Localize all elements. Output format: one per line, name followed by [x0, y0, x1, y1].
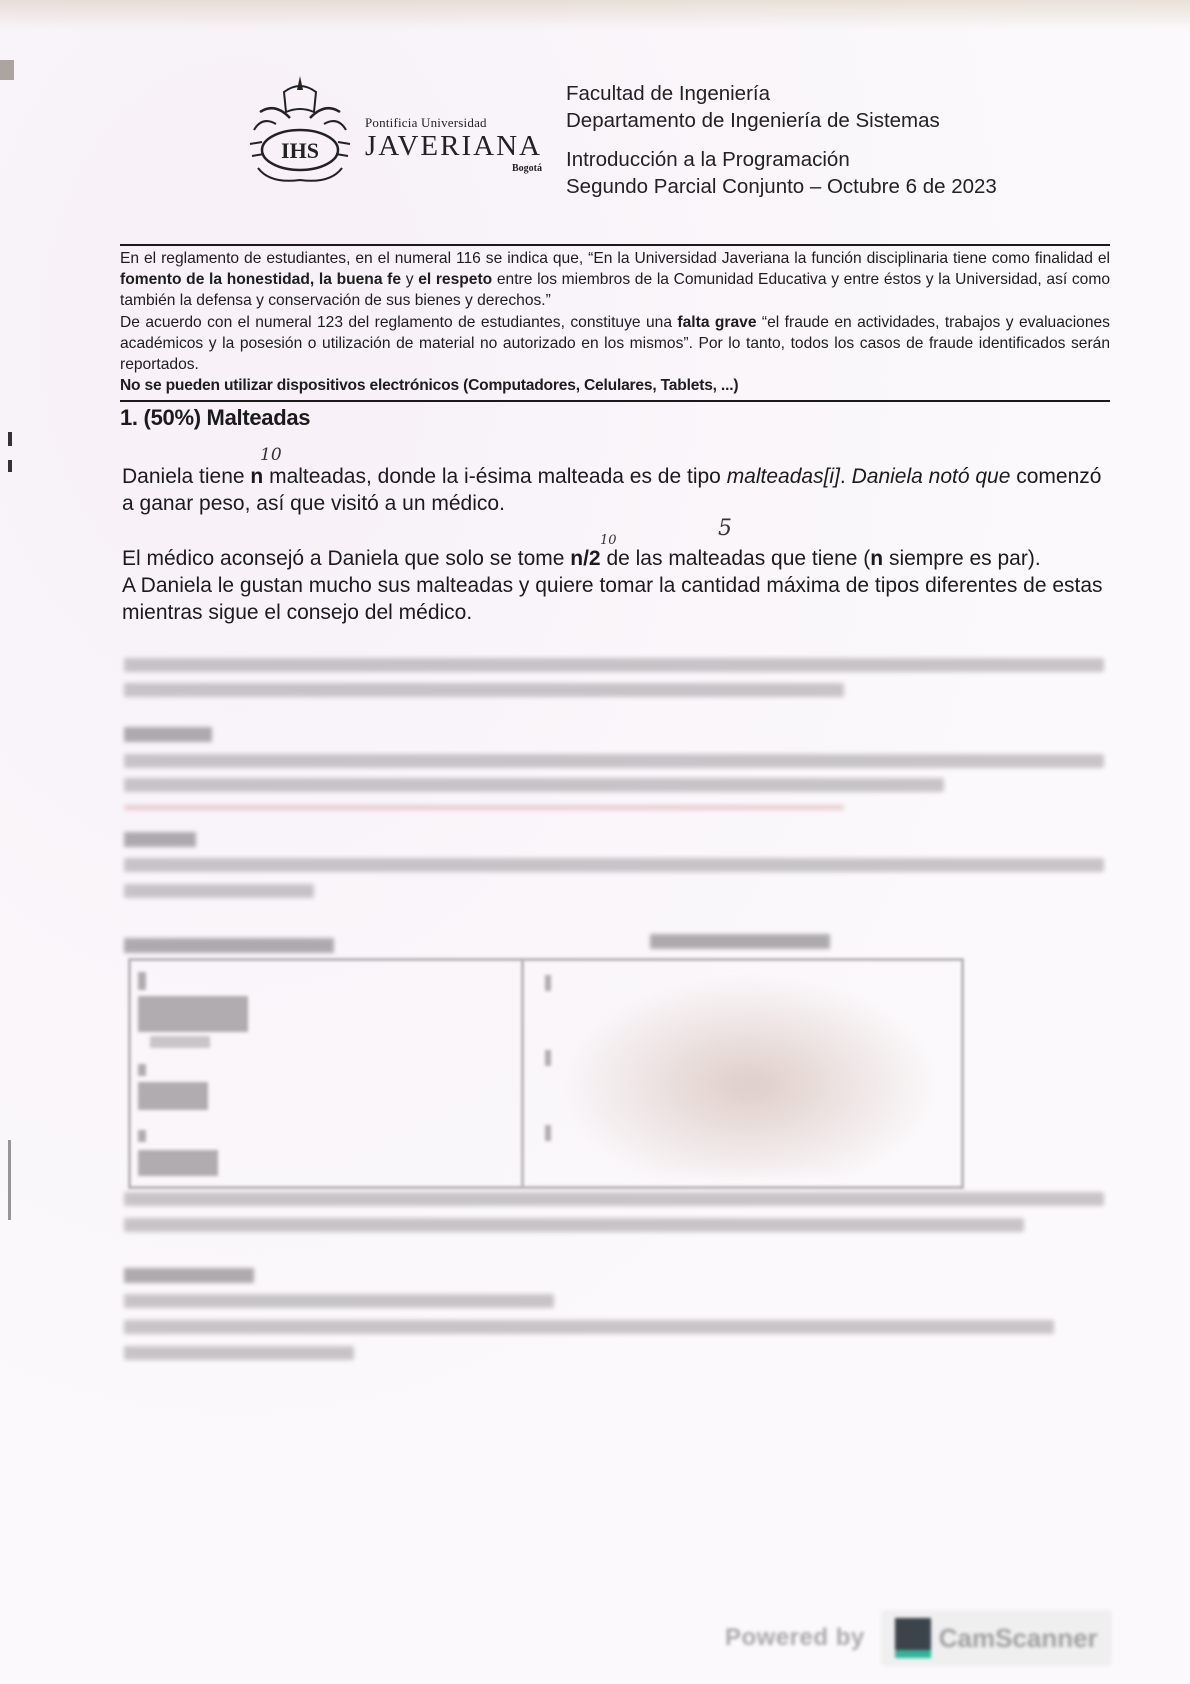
- question-paragraph-1: Daniela tiene n malteadas, donde la i-és…: [122, 463, 1107, 517]
- department-name: Departamento de Ingeniería de Sistemas: [566, 107, 997, 134]
- handwritten-annotation: 5: [718, 516, 732, 541]
- university-crest-icon: IHS: [240, 72, 360, 192]
- scan-mark: [8, 460, 12, 472]
- scan-mark: [8, 432, 12, 446]
- example-table-divider: [521, 961, 524, 1186]
- handwritten-annotation: 10: [260, 445, 282, 465]
- logo-subtitle: Pontificia Universidad: [365, 115, 542, 131]
- scanner-watermark: Powered by CamScanner: [725, 1610, 1112, 1666]
- notice-bottom-rule: [120, 400, 1110, 402]
- logo-city: Bogotá: [365, 163, 542, 174]
- watermark-brand: CamScanner: [939, 1623, 1098, 1654]
- notice-paragraph-1: En el reglamento de estudiantes, en el n…: [120, 248, 1110, 312]
- logo-name: JAVERIANA: [365, 131, 542, 161]
- scan-edge-shadow: [0, 60, 14, 80]
- scan-smudge: [560, 975, 940, 1175]
- university-logo-text: Pontificia Universidad JAVERIANA Bogotá: [365, 115, 542, 174]
- exam-header: Facultad de Ingeniería Departamento de I…: [566, 80, 997, 200]
- watermark-prefix: Powered by: [725, 1624, 865, 1652]
- svg-text:IHS: IHS: [281, 138, 319, 163]
- no-devices-warning: No se pueden utilizar dispositivos elect…: [120, 375, 1110, 396]
- question-paragraph-2: El médico aconsejó a Daniela que solo se…: [122, 545, 1107, 626]
- academic-integrity-notice: En el reglamento de estudiantes, en el n…: [120, 248, 1110, 396]
- notice-top-rule: [120, 244, 1110, 246]
- faculty-name: Facultad de Ingeniería: [566, 80, 997, 107]
- exam-title: Segundo Parcial Conjunto – Octubre 6 de …: [566, 173, 997, 200]
- camscanner-logo-icon: [895, 1618, 931, 1658]
- scan-mark: [8, 1140, 11, 1220]
- question-title: 1. (50%) Malteadas: [120, 405, 310, 431]
- notice-paragraph-2: De acuerdo con el numeral 123 del reglam…: [120, 312, 1110, 376]
- watermark-brand-box: CamScanner: [881, 1610, 1112, 1666]
- course-name: Introducción a la Programación: [566, 146, 997, 173]
